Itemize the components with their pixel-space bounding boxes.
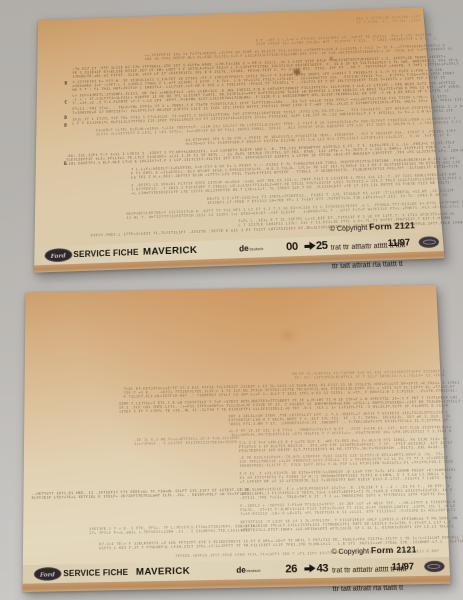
ford-logo-icon: Ford	[33, 567, 61, 581]
arrow-right-icon	[304, 241, 316, 251]
service-fiche-label: SERVICE FICHE	[63, 568, 128, 579]
range-start: 00	[286, 241, 298, 254]
range-end: 43	[316, 562, 328, 575]
ford-oval-small-icon	[418, 236, 439, 248]
stain-spot	[330, 57, 333, 60]
fiche-sheet-top: EEJ I 1F77E+IE FLEL1EE.=1fTLF L.E7HE. t.…	[34, 7, 444, 272]
language-detail: deutsch	[247, 569, 261, 573]
row-marker: C	[64, 100, 67, 105]
row-marker: D	[64, 123, 67, 128]
copyright-block: © Copyright Form 2121 trat ttr atttattr …	[331, 540, 393, 597]
language-label: dedeutsch	[239, 243, 279, 254]
copyright-microtext: ttr tatt attratt rta ttattt tt	[332, 261, 403, 271]
model-name: MAVERICK	[136, 566, 190, 578]
model-name: MAVERICK	[143, 245, 198, 258]
date-label: 11/97	[391, 561, 414, 573]
language-detail: deutsch	[250, 248, 264, 252]
row-marker: D	[64, 115, 67, 120]
range-start: 26	[285, 563, 297, 576]
photo-surface: EEJ I 1F77E+IE FLEL1EE.=1fTLF L.E7HE. t.…	[0, 0, 463, 600]
ford-logo-text: Ford	[51, 252, 66, 258]
arrow-right-icon	[304, 564, 315, 573]
fiche-sheet-bottom: TH.FF TL:tLEFT11 T1:T1ETHF I+E EL II1 FF…	[23, 285, 451, 592]
range-end: 25	[316, 240, 328, 253]
date-label: 11/97	[387, 237, 410, 249]
ford-logo-text: Ford	[40, 571, 55, 577]
service-fiche-label: SERVICE FICHE	[73, 248, 138, 260]
copyright-block: © Copyright Form 2121 trat ttr atttattr …	[329, 216, 390, 274]
ford-logo-icon: Ford	[45, 248, 73, 262]
ford-oval-small-icon	[424, 561, 445, 573]
row-marker: B	[65, 81, 68, 86]
language-label: dedeutsch	[236, 565, 275, 575]
language-code: de	[239, 244, 249, 254]
row-marker: E	[64, 161, 67, 166]
language-code: de	[236, 565, 246, 574]
copyright-microtext: ttr tatt attratt rta ttattt tt	[332, 585, 403, 594]
